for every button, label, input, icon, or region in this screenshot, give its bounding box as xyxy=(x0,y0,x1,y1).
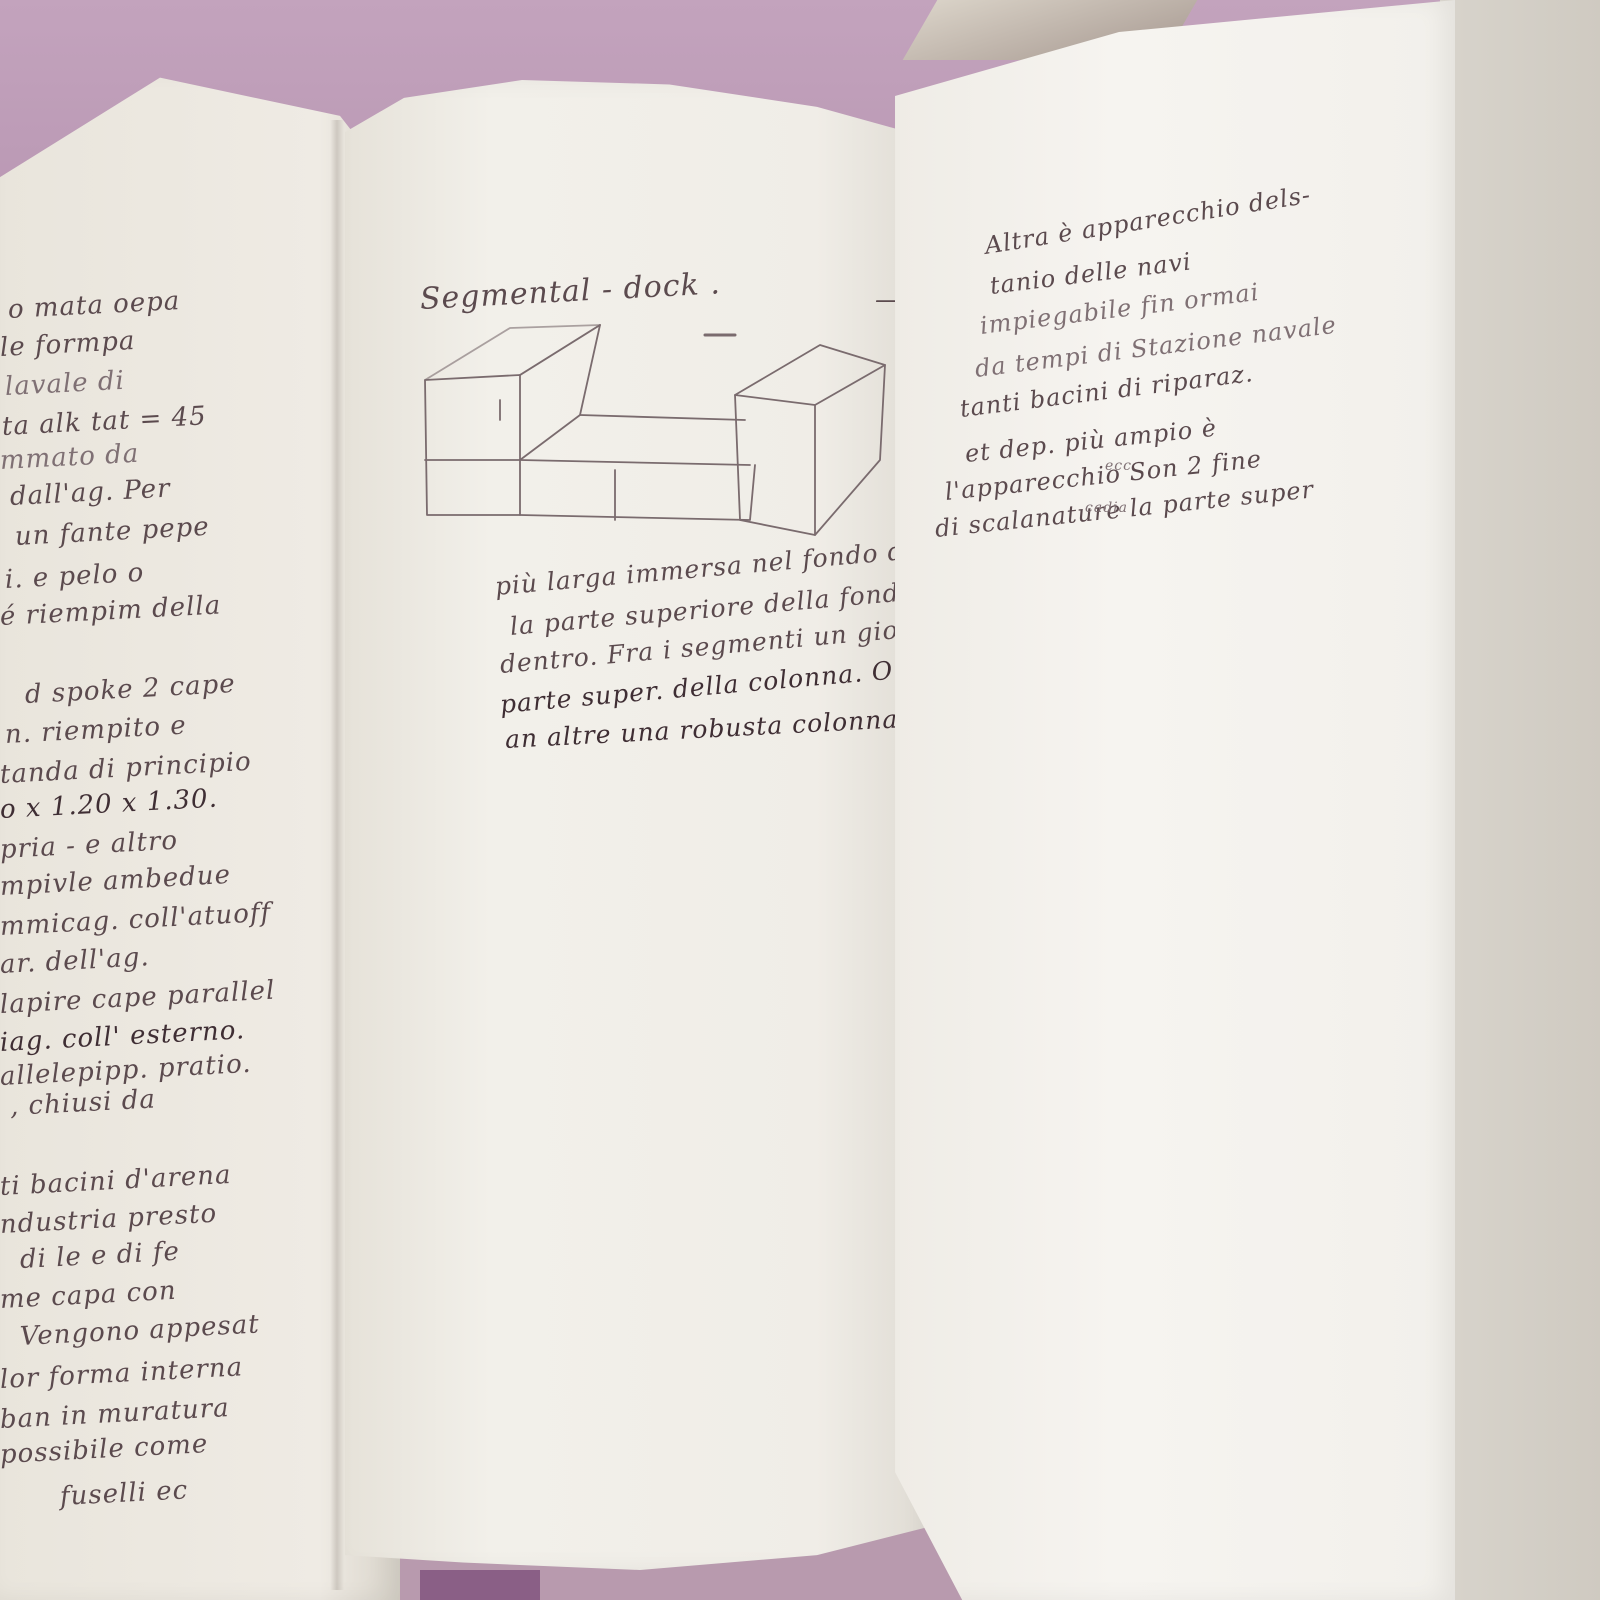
manuscript-line: lavale di xyxy=(4,366,125,402)
purple-background-bottom xyxy=(420,1570,540,1600)
segmental-dock-sketch xyxy=(415,320,895,560)
interlinear-note: ecc xyxy=(1105,458,1132,474)
right-page xyxy=(895,0,1455,1600)
left-page-crease xyxy=(330,120,344,1590)
grey-background-right xyxy=(1440,0,1600,1600)
interlinear-note: cadia xyxy=(1085,500,1128,516)
